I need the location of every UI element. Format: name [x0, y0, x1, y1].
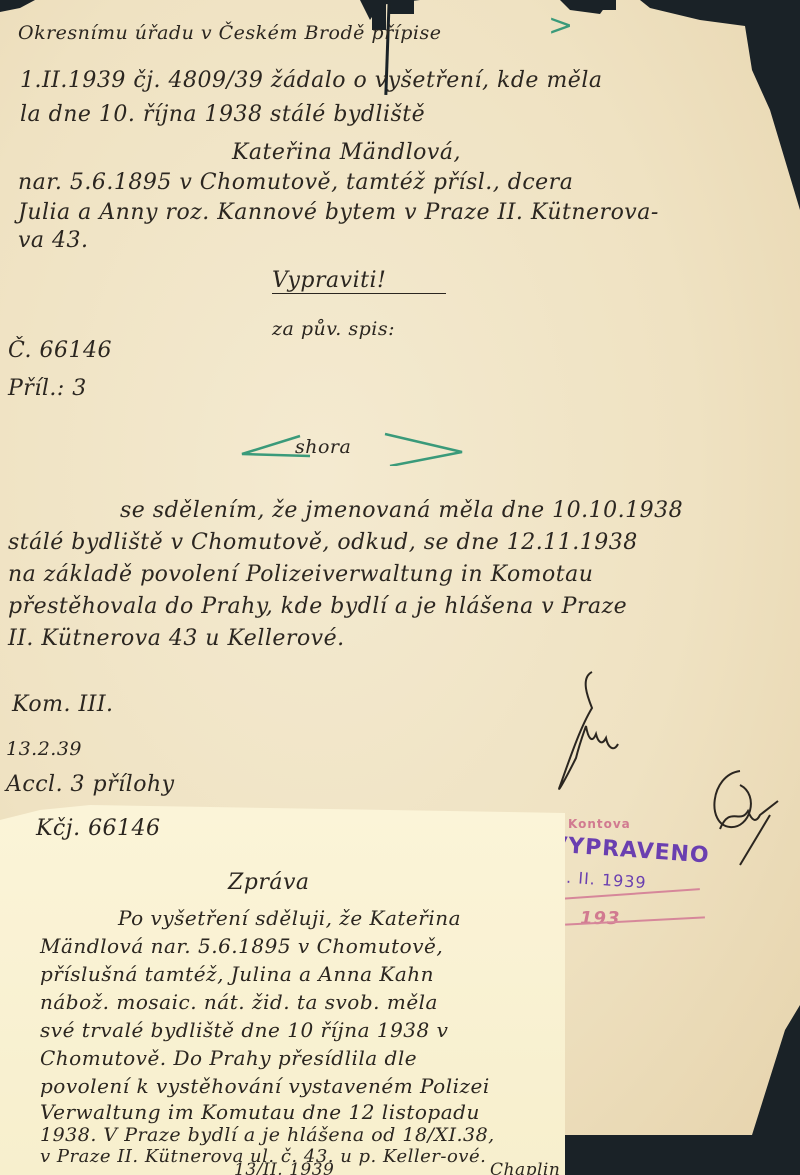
slip-line: Po vyšetření sděluji, že Kateřina: [118, 906, 461, 930]
body-line-2: stálé bydliště v Chomutově, odkud, se dn…: [8, 530, 638, 555]
slip-signature: Chaplin: [490, 1160, 560, 1175]
reference-number: Č. 66146: [8, 338, 112, 363]
signature-1-icon: [540, 668, 630, 798]
stamp-top-text: Kontova: [568, 817, 631, 831]
subject-name: Kateřina Mändlová,: [232, 140, 461, 165]
slip-line: povolení k vystěhování vystaveném Polize…: [40, 1074, 490, 1098]
green-arrow-brackets-icon: [240, 430, 465, 466]
header-line-3: la dne 10. října 1938 stálé bydliště: [20, 102, 425, 127]
slip-ref: Kčj. 66146: [36, 816, 161, 841]
slip-line: příslušná tamtéž, Julina a Anna Kahn: [40, 962, 434, 986]
footer-date: 13.2.39: [6, 738, 82, 760]
header-line-2: 1.II.1939 čj. 4809/39 žádalo o vyšetření…: [20, 68, 602, 93]
dispatch-heading: Vypraviti!: [272, 268, 446, 294]
slip-date: 13/II. 1939: [234, 1160, 334, 1175]
header-line-1: Okresnímu úřadu v Českém Brodě přípise: [18, 22, 441, 44]
body-line-4: přestěhovala do Prahy, kde bydlí a je hl…: [8, 594, 627, 619]
green-label-text: shora: [295, 436, 351, 458]
body-line-1: se sdělením, že jmenovaná měla dne 10.10…: [120, 498, 683, 523]
body-line-3: na základě povolení Polizeiverwaltung in…: [8, 562, 593, 587]
slip-line: nábož. mosaic. nát. žid. ta svob. měla: [40, 990, 438, 1014]
slip-line: Mändlová nar. 5.6.1895 v Chomutově,: [40, 934, 443, 958]
subject-birth: nar. 5.6.1895 v Chomutově, tamtéž přísl.…: [18, 170, 573, 195]
dispatch-note: za pův. spis:: [272, 318, 395, 340]
tear-gap: [598, 0, 616, 10]
footer-accl: Accl. 3 přílohy: [6, 772, 175, 797]
tear-gap: [388, 0, 414, 14]
slip-line: Chomutově. Do Prahy přesídlila dle: [40, 1046, 417, 1070]
green-label-box: shora: [240, 430, 465, 466]
stamp-number: 193: [580, 908, 621, 929]
slip-title: Zpráva: [228, 870, 310, 895]
slip-line: Verwaltung im Komutau dne 12 listopadu: [40, 1100, 480, 1124]
attachments-count: Příl.: 3: [8, 376, 87, 401]
signature-2-icon: [700, 765, 790, 875]
slip-line: své trvalé bydliště dne 10 října 1938 v: [40, 1018, 448, 1042]
slip-line: 1938. V Praze bydlí a je hlášena od 18/X…: [40, 1124, 495, 1146]
footer-kom: Kom. III.: [12, 692, 114, 717]
subject-parents: Julia a Anny roz. Kannové bytem v Praze …: [18, 200, 659, 225]
body-line-5: II. Kütnerova 43 u Kellerové.: [8, 626, 345, 651]
green-bracket-mark: >: [548, 8, 573, 43]
subject-address-end: va 43.: [18, 228, 89, 253]
